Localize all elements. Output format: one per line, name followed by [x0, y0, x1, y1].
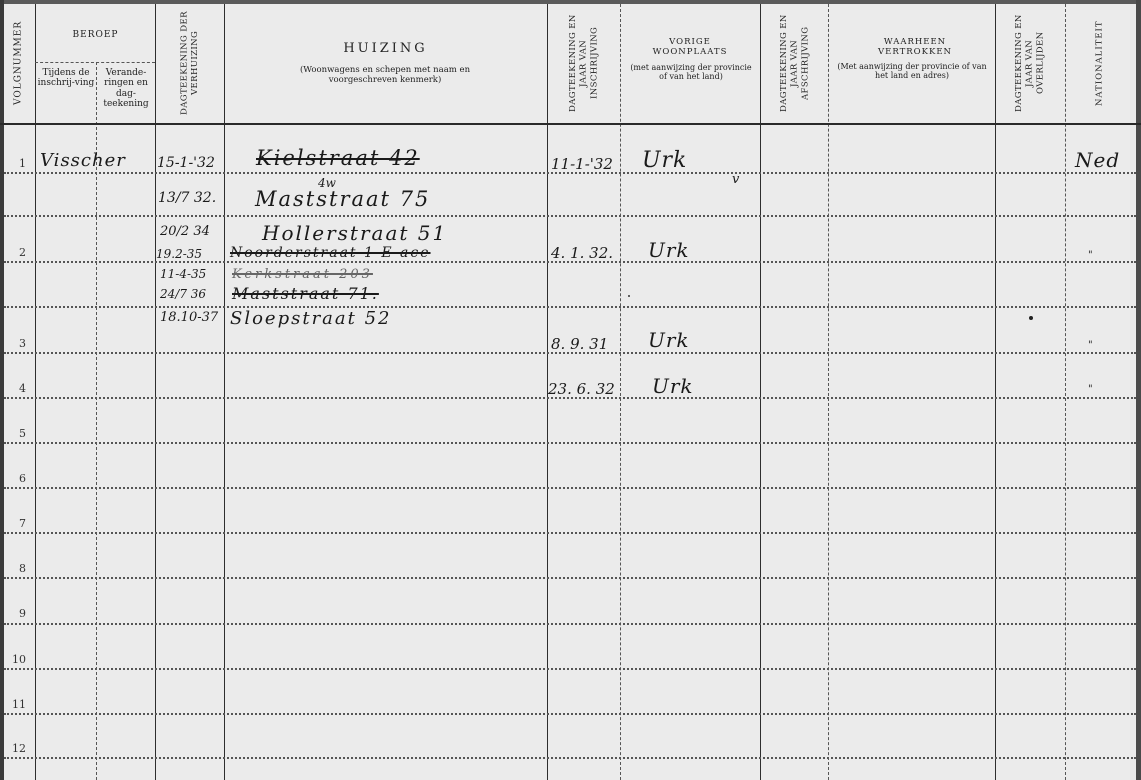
row-number: 11	[6, 698, 26, 711]
huizing-address: Noorderstraat 1 E ace	[230, 245, 431, 261]
row-line	[4, 442, 1136, 444]
header-nationaliteit: NATIONALITEIT	[1080, 8, 1120, 118]
verhuizing-date: 11-4-35	[160, 267, 206, 281]
header-beroep-tijdens: Tijdens de inschrij-ving	[37, 68, 95, 89]
column-divider	[224, 4, 225, 780]
huizing-address: Maststraat 71.	[232, 284, 379, 303]
row-number: 8	[6, 562, 26, 575]
nationaliteit-value: Ned	[1075, 148, 1120, 172]
verhuizing-date: 15-1-'32	[157, 155, 215, 171]
vorige-woonplaats-value: Urk	[648, 238, 690, 262]
column-divider	[155, 4, 156, 780]
row-number: 2	[6, 246, 26, 259]
huizing-address: Hollerstraat 51	[262, 221, 447, 245]
row-line	[4, 215, 1136, 217]
row-number: 6	[6, 472, 26, 485]
header-divider	[0, 123, 1141, 125]
header-huizing-subtitle: (Woonwagens en schepen met naam en voorg…	[290, 66, 480, 86]
verhuizing-date: 13/7 32.	[158, 190, 216, 206]
column-divider	[760, 4, 761, 780]
header-waarheen-subtitle: (Met aanwijzing der provincie of van het…	[836, 62, 988, 80]
ink-dot	[628, 295, 630, 297]
inschrijving-date: 8. 9. 31	[551, 335, 608, 353]
verhuizing-date: 19.2-35	[156, 247, 202, 261]
row-number: 4	[6, 382, 26, 395]
inschrijving-date: 11-1-'32	[551, 155, 613, 173]
row-line	[4, 532, 1136, 534]
header-dagteekening-afschrijving: DAGTEEKENING EN JAAR VAN AFSCHRIJVING	[765, 8, 825, 118]
nationaliteit-ditto: "	[1088, 340, 1093, 351]
huizing-address: Maststraat 75	[255, 187, 430, 211]
ink-dot	[1029, 316, 1033, 320]
nationaliteit-ditto: "	[1088, 384, 1093, 395]
nationaliteit-ditto: "	[1088, 250, 1093, 261]
row-number: 9	[6, 607, 26, 620]
column-divider	[828, 4, 829, 780]
vorige-woonplaats-value: Urk	[642, 148, 687, 173]
huizing-address: Kerkstraat 203	[232, 267, 373, 282]
row-line	[4, 757, 1136, 759]
check-mark: v	[732, 172, 739, 187]
beroep-tijdens-value: Visscher	[40, 150, 126, 171]
header-vorige-woonplaats: VORIGE WOONPLAATS	[640, 38, 740, 58]
row-number: 5	[6, 427, 26, 440]
column-divider	[995, 4, 996, 780]
column-divider	[620, 4, 621, 780]
row-line	[4, 668, 1136, 670]
header-beroep-veranderingen: Verande-ringen en dag-teekening	[97, 68, 155, 109]
sheet-edge-left	[0, 0, 4, 780]
header-volgnummer: VOLGNUMMER	[6, 8, 32, 118]
row-number: 3	[6, 337, 26, 350]
vorige-woonplaats-value: Urk	[648, 328, 690, 352]
header-dagteekening-inschrijving: DAGTEEKENING EN JAAR VAN INSCHRIJVING	[552, 8, 616, 118]
header-vorige-woonplaats-subtitle: (met aanwijzing der provincie of van het…	[630, 63, 752, 81]
row-line	[4, 577, 1136, 579]
inschrijving-date: 23. 6. 32	[548, 380, 615, 398]
row-number: 12	[6, 742, 26, 755]
row-number: 1	[6, 157, 26, 170]
verhuizing-date: 18.10-37	[160, 310, 218, 325]
inschrijving-date: 4. 1. 32.	[551, 244, 613, 262]
header-waarheen: WAARHEEN VERTROKKEN	[860, 38, 970, 58]
beroep-divider	[35, 62, 155, 63]
header-dagteekening-overlijden: DAGTEEKENING EN JAAR VAN OVERLIJDEN	[1000, 8, 1060, 118]
huizing-address: Kielstraat 42	[256, 146, 420, 170]
row-number: 7	[6, 517, 26, 530]
header-beroep: BEROEP	[36, 30, 155, 40]
header-huizing: HUIZING	[224, 42, 547, 57]
sheet-edge-right	[1136, 0, 1141, 780]
register-sheet: VOLGNUMMER BEROEP Tijdens de inschrij-vi…	[0, 0, 1141, 780]
verhuizing-date: 24/7 36	[160, 287, 206, 301]
sheet-edge-top	[0, 0, 1141, 4]
verhuizing-date: 20/2 34	[160, 224, 210, 239]
row-number: 10	[6, 653, 26, 666]
huizing-address: Sloepstraat 52	[230, 308, 392, 329]
row-line	[4, 623, 1136, 625]
row-line	[4, 713, 1136, 715]
row-line	[4, 487, 1136, 489]
vorige-woonplaats-value: Urk	[652, 374, 694, 398]
header-dagteekening-verhuizing: DAGTEEKENING DER VERHUIZING	[160, 8, 220, 118]
row-line	[4, 306, 1136, 308]
column-divider	[35, 4, 36, 780]
column-divider	[1065, 4, 1066, 780]
